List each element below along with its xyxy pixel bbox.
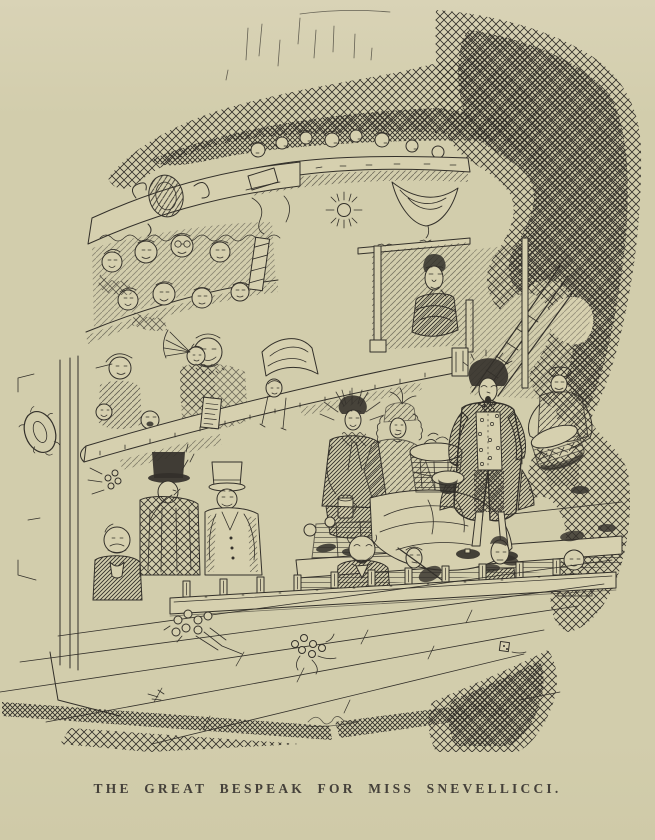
stage-box-gentleman — [370, 242, 473, 352]
plate-caption: THE GREAT BESPEAK FOR MISS SNEVELLICCI. — [0, 781, 655, 797]
stalls-spectators — [93, 444, 262, 600]
book-page: THE GREAT BESPEAK FOR MISS SNEVELLICCI. — [0, 0, 655, 840]
sunburst-lamp-icon — [326, 192, 362, 228]
bouquet-main — [164, 610, 242, 654]
box-drapery — [358, 182, 470, 254]
flying-bouquet — [88, 468, 121, 494]
vignette-fade-strokes — [226, 10, 390, 80]
bouquet-second — [292, 634, 337, 674]
illustration-plate — [0, 0, 655, 760]
thrown-object — [499, 641, 526, 653]
